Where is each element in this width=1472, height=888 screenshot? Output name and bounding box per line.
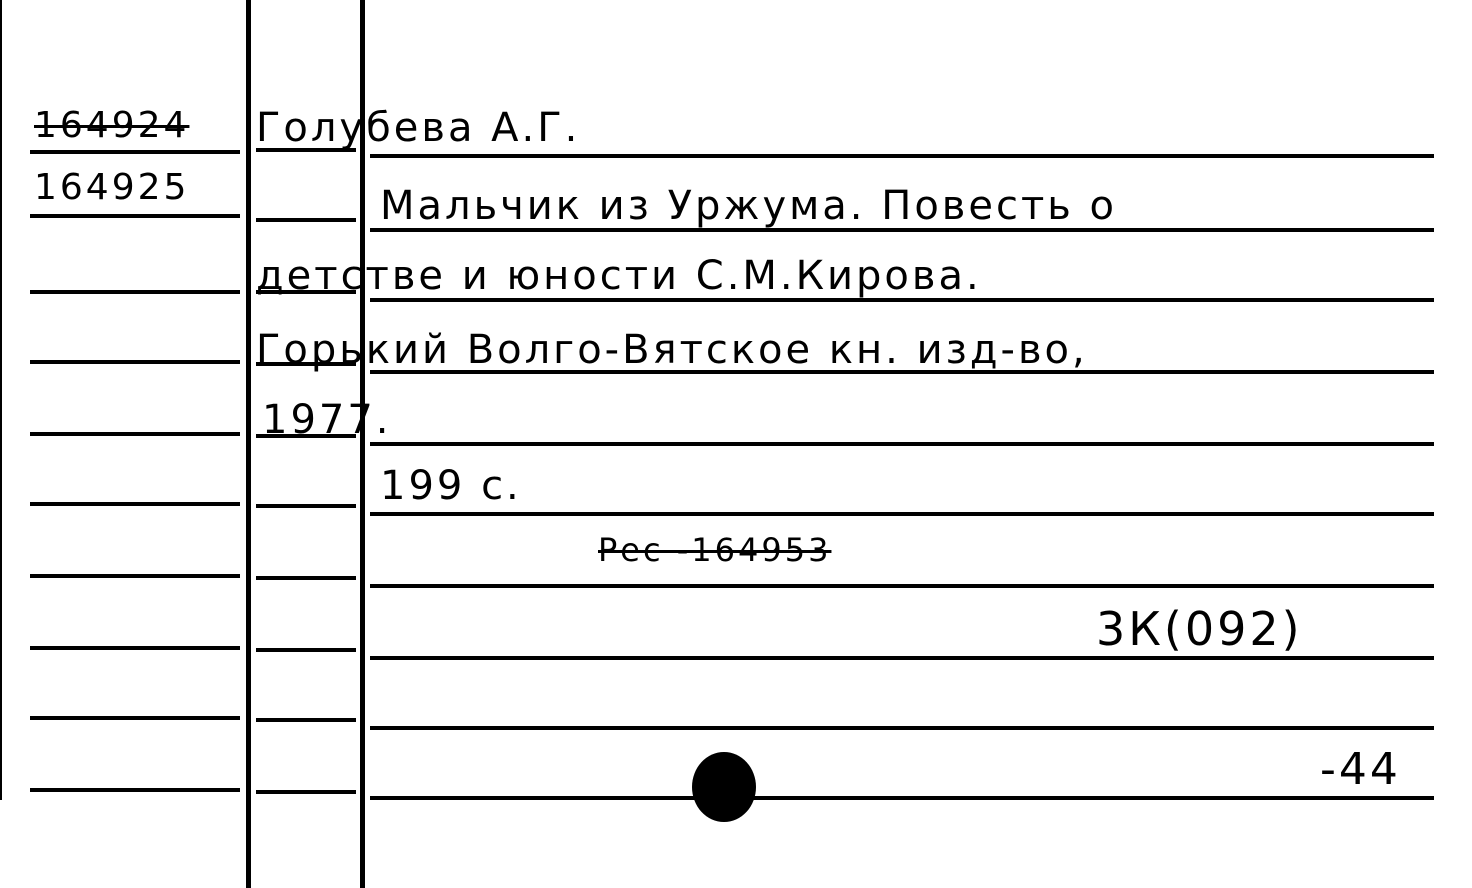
left-margin-line [0, 0, 2, 800]
rule [30, 214, 240, 218]
inventory-number: 164925 [34, 170, 189, 206]
imprint-year: 1977. [262, 400, 392, 440]
author-mark: -44 [1320, 748, 1401, 792]
classification-mark: 3К(092) [1096, 606, 1303, 652]
rule [370, 656, 1434, 660]
rule [370, 726, 1434, 730]
struck-note: Рес -164953 [598, 534, 831, 566]
rule [30, 788, 240, 792]
rule [370, 154, 1434, 158]
rule [256, 648, 356, 652]
rule [256, 504, 356, 508]
column-divider-1 [246, 0, 251, 888]
rule [370, 512, 1434, 516]
rule [256, 576, 356, 580]
rule [256, 718, 356, 722]
rule [370, 584, 1434, 588]
imprint-line-1: Горький Волго-Вятское кн. изд-во, [256, 330, 1088, 370]
title-line-1: Мальчик из Уржума. Повесть о [380, 186, 1117, 226]
rule [30, 290, 240, 294]
rule [30, 432, 240, 436]
author-heading: Голубева А.Г. [256, 108, 580, 148]
rule [30, 646, 240, 650]
inventory-number-struck: 164924 [34, 108, 189, 144]
rule [30, 716, 240, 720]
rule [370, 442, 1434, 446]
pagination: 199 с. [380, 466, 522, 506]
title-line-2: детстве и юности С.М.Кирова. [256, 256, 982, 296]
ink-blot [692, 752, 756, 822]
rule [256, 218, 356, 222]
rule [370, 796, 1434, 800]
rule [30, 150, 240, 154]
rule [30, 360, 240, 364]
rule [256, 790, 356, 794]
rule [30, 574, 240, 578]
rule [30, 502, 240, 506]
